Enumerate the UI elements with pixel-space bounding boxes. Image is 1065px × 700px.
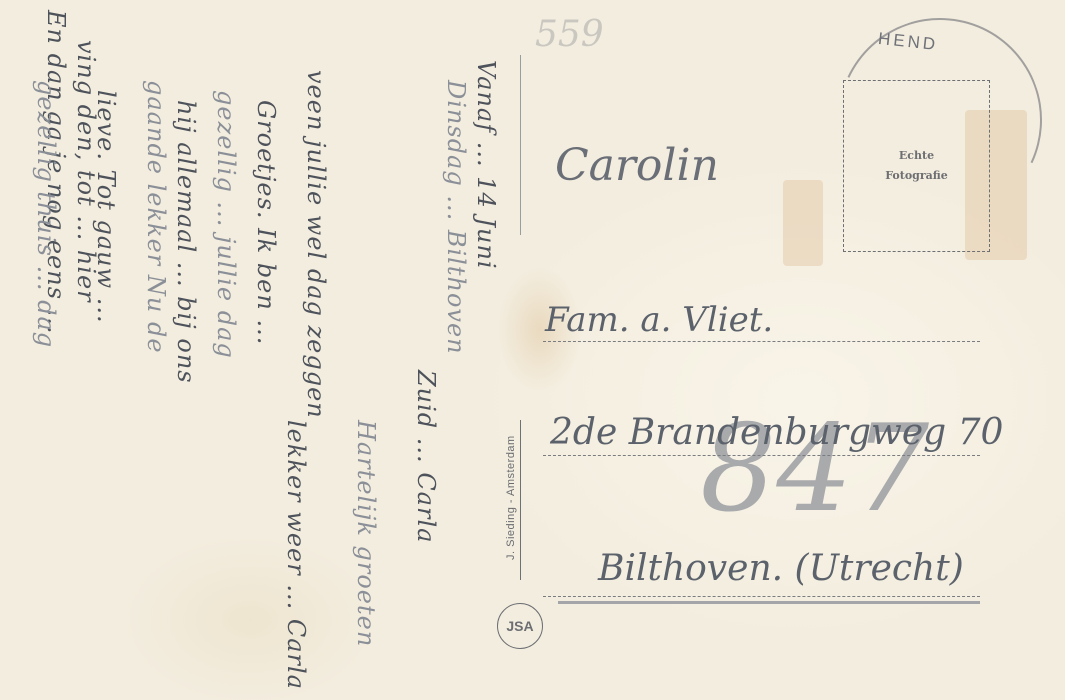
- message-line: gezellig thuis ... dag: [32, 80, 60, 348]
- message-line: Zuid ... Carla: [412, 370, 440, 543]
- message-greeting: Hartelijk groeten: [352, 420, 380, 647]
- address-line-3: Bilthoven. (Utrecht): [598, 548, 964, 589]
- postcard-back: En dan ga je nog eens ... ving den, tot …: [0, 0, 1065, 700]
- message-line: lekker weer ... Carla: [282, 420, 310, 690]
- stamp-box: Echte Fotografie: [843, 80, 990, 252]
- message-line: gezellig ... jullie dag: [212, 90, 240, 359]
- stamp-remnant: [783, 180, 823, 266]
- message-line: Groetjes. Ik ben ...: [252, 100, 280, 345]
- address-rule: [543, 596, 980, 597]
- address-line-1: Fam. a. Vliet.: [545, 300, 773, 340]
- stamp-box-label: Fotografie: [885, 166, 948, 186]
- address-rule: [543, 455, 980, 456]
- divider-line: [520, 420, 521, 580]
- address-rule-solid: [558, 601, 980, 604]
- publisher-logo: JSA: [497, 603, 543, 649]
- message-line: gaande lekker Nu de: [142, 80, 170, 354]
- message-line: hij allemaal ... bij ons: [172, 100, 200, 384]
- stamp-box-label: Echte: [899, 146, 934, 166]
- address-recipient-name: Carolin: [555, 140, 719, 191]
- address-line-2: 2de Brandenburgweg 70: [550, 412, 1003, 453]
- message-line: Vanaf ... 14 Juni: [472, 60, 500, 270]
- pencil-number: 559: [535, 14, 604, 55]
- address-rule: [543, 341, 980, 342]
- publisher-imprint: J. Sieding - Amsterdam: [505, 435, 517, 560]
- message-line: veen jullie wel dag zeggen: [302, 70, 330, 419]
- divider-line: [520, 55, 521, 235]
- message-line: lieve. Tot gauw ...: [92, 90, 120, 324]
- message-line: Dinsdag ... Bilthoven: [442, 80, 470, 355]
